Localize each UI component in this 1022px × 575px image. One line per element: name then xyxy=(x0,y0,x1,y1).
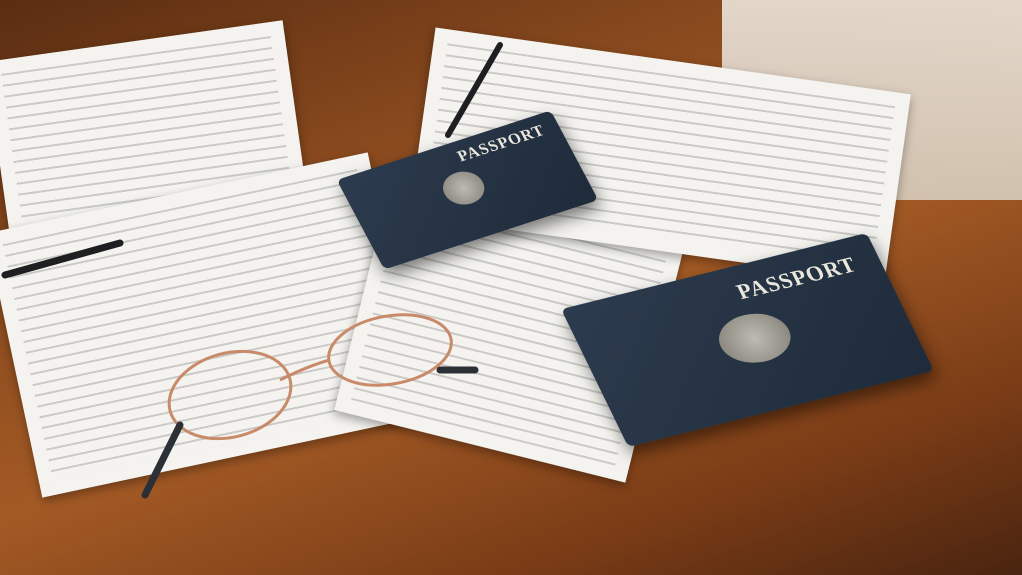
pen xyxy=(440,40,510,140)
eyeglasses xyxy=(140,310,500,510)
pen xyxy=(0,235,130,285)
eagle-seal-icon xyxy=(437,167,491,210)
eagle-seal-icon xyxy=(710,307,800,370)
